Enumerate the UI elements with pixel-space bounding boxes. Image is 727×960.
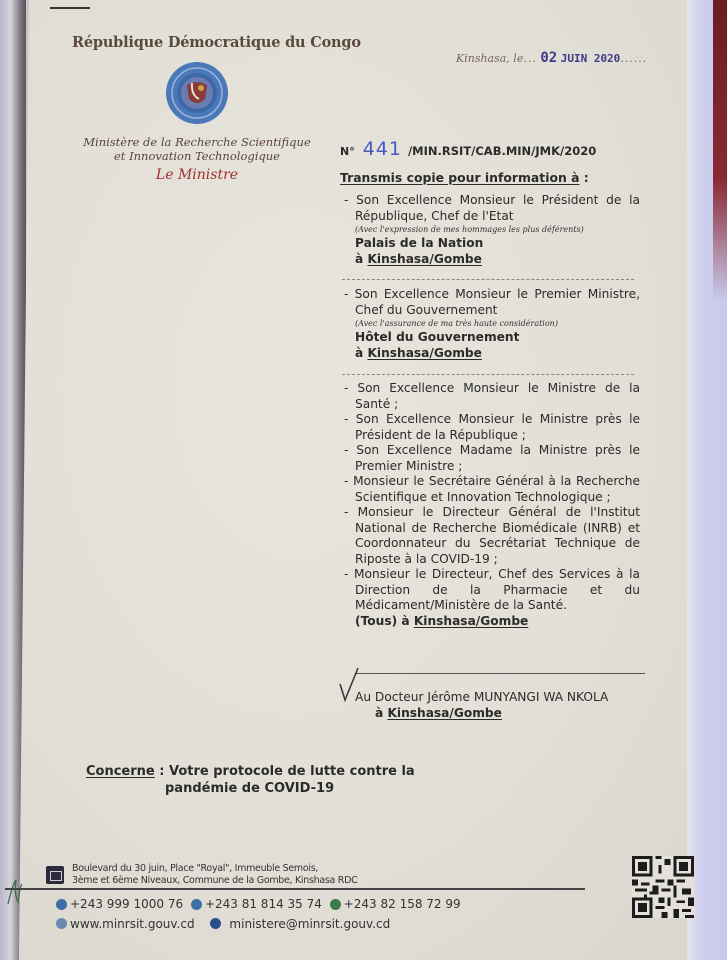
congo-coat-of-arms-seal-icon	[165, 61, 229, 125]
city-prefix: à	[375, 706, 387, 720]
reference-number: N°441/MIN.RSIT/CAB.MIN/JMK/2020	[340, 142, 640, 160]
recipient-block-prime-minister: - Son Excellence Monsieur le Premier Min…	[340, 287, 640, 361]
reference-prefix: N°	[340, 145, 355, 158]
footer-contacts: +243 999 1000 76 +243 81 814 35 74 +243 …	[56, 895, 465, 934]
city-name: Kinshasa/Gombe	[387, 706, 501, 720]
city-prefix: à	[355, 346, 367, 360]
pen-mark	[50, 7, 90, 9]
recipient-item: - Son Excellence Monsieur le Président d…	[340, 193, 640, 224]
whatsapp-number: +243 82 158 72 99	[344, 895, 461, 913]
handwritten-reference-number: 441	[363, 138, 402, 160]
recipient-item: - Monsieur le Directeur Général de l'Ins…	[340, 505, 640, 567]
city-name: Kinshasa/Gombe	[367, 252, 481, 266]
building-icon	[46, 866, 64, 884]
recipient-place: Palais de la Nation	[340, 236, 640, 252]
whatsapp-icon	[330, 899, 341, 910]
globe-icon	[56, 918, 67, 929]
date-place: Kinshasa, le	[456, 52, 523, 65]
recipient-text: Son Excellence Monsieur le Ministre près…	[355, 412, 640, 442]
date-month-year-stamp: JUIN 2020	[561, 52, 621, 65]
date-line: Kinshasa, le... 02 JUIN 2020......	[456, 50, 647, 66]
addressee-city: à Kinshasa/Gombe	[355, 705, 608, 721]
country-name: République Démocratique du Congo	[72, 34, 322, 51]
recipient-text: Monsieur le Directeur, Chef des Services…	[354, 567, 640, 612]
footer-address: Boulevard du 30 juin, Place "Royal", Imm…	[46, 863, 357, 887]
signatory-title: Le Ministre	[72, 167, 322, 183]
phone-1: +243 999 1000 76	[70, 895, 183, 913]
copy-heading: Transmis copie pour information à :	[340, 170, 640, 186]
qr-code-icon	[632, 856, 694, 918]
footer-rule	[5, 888, 585, 890]
recipient-item: - Son Excellence Monsieur le Premier Min…	[340, 287, 640, 318]
mobile-phone-icon	[191, 899, 202, 910]
subject-line-1: Votre protocole de lutte contre la	[169, 764, 415, 779]
recipient-item: - Son Excellence Madame la Ministre près…	[340, 443, 640, 474]
subject: Concerne : Votre protocole de lutte cont…	[86, 763, 415, 797]
subject-label: Concerne	[86, 764, 155, 779]
address-line-2: 3ème et 6ème Niveaux, Commune de la Gomb…	[72, 875, 357, 887]
dotted-fill: ...	[523, 52, 537, 65]
copy-heading-text: Transmis copie pour information à	[340, 170, 579, 185]
addressee: Au Docteur Jérôme MUNYANGI WA NKOLA à Ki…	[355, 689, 608, 721]
phone-icon	[56, 899, 67, 910]
recipient-block-president: - Son Excellence Monsieur le Président d…	[340, 193, 640, 267]
recipient-text: Son Excellence Monsieur le Premier Minis…	[355, 287, 640, 317]
recipient-item: - Monsieur le Directeur, Chef des Servic…	[340, 567, 640, 614]
letterhead: République Démocratique du Congo Ministè…	[72, 34, 322, 183]
website-link[interactable]: www.minrsit.gouv.cd	[70, 915, 195, 933]
recipient-item: - Son Excellence Monsieur le Ministre de…	[340, 381, 640, 412]
recipient-item: - Monsieur le Secrétaire Général à la Re…	[340, 474, 640, 505]
others-city: (Tous) à Kinshasa/Gombe	[340, 614, 640, 630]
recipient-text: Son Excellence Monsieur le Ministre de l…	[355, 381, 640, 411]
city-prefix: (Tous) à	[355, 614, 414, 628]
courtesy-note: (Avec l'expression de mes hommages les p…	[340, 224, 640, 236]
city-prefix: à	[355, 252, 367, 266]
subject-separator: :	[155, 764, 169, 779]
dashed-separator	[342, 279, 634, 280]
ministry-name: Ministère de la Recherche Scientifique e…	[72, 135, 322, 163]
courtesy-note: (Avec l'assurance de ma très haute consi…	[340, 318, 640, 330]
recipient-text: Son Excellence Madame la Ministre près l…	[355, 443, 640, 473]
recipient-place: Hôtel du Gouvernement	[340, 330, 640, 346]
email-link[interactable]: ministere@minrsit.gouv.cd	[229, 915, 390, 933]
date-day-stamp: 02	[540, 50, 557, 66]
initials-scribble	[4, 876, 26, 906]
email-icon	[210, 918, 221, 929]
recipient-city: à Kinshasa/Gombe	[340, 252, 640, 268]
dotted-fill: ......	[620, 52, 647, 65]
recipient-city: à Kinshasa/Gombe	[340, 346, 640, 362]
recipient-item: - Son Excellence Monsieur le Ministre pr…	[340, 412, 640, 443]
addressee-name: Au Docteur Jérôme MUNYANGI WA NKOLA	[355, 689, 608, 705]
ministry-line-1: Ministère de la Recherche Scientifique	[72, 135, 322, 149]
ministry-line-2: et Innovation Technologique	[72, 149, 322, 163]
city-name: Kinshasa/Gombe	[367, 346, 481, 360]
address-line-1: Boulevard du 30 juin, Place "Royal", Imm…	[72, 863, 357, 875]
background-red-object	[713, 0, 727, 300]
other-recipients-list: - Son Excellence Monsieur le Ministre de…	[340, 381, 640, 629]
signature-line	[355, 673, 645, 674]
reference-suffix: /MIN.RSIT/CAB.MIN/JMK/2020	[408, 144, 596, 158]
dashed-separator	[342, 374, 634, 375]
phone-2: +243 81 814 35 74	[205, 895, 322, 913]
subject-line-2: pandémie de COVID-19	[86, 780, 415, 797]
recipient-text: Son Excellence Monsieur le Président de …	[355, 193, 640, 223]
recipient-text: Monsieur le Secrétaire Général à la Rech…	[353, 474, 640, 504]
recipient-text: Monsieur le Directeur Général de l'Insti…	[355, 505, 640, 566]
city-name: Kinshasa/Gombe	[414, 614, 528, 628]
copy-heading-colon: :	[579, 170, 588, 185]
